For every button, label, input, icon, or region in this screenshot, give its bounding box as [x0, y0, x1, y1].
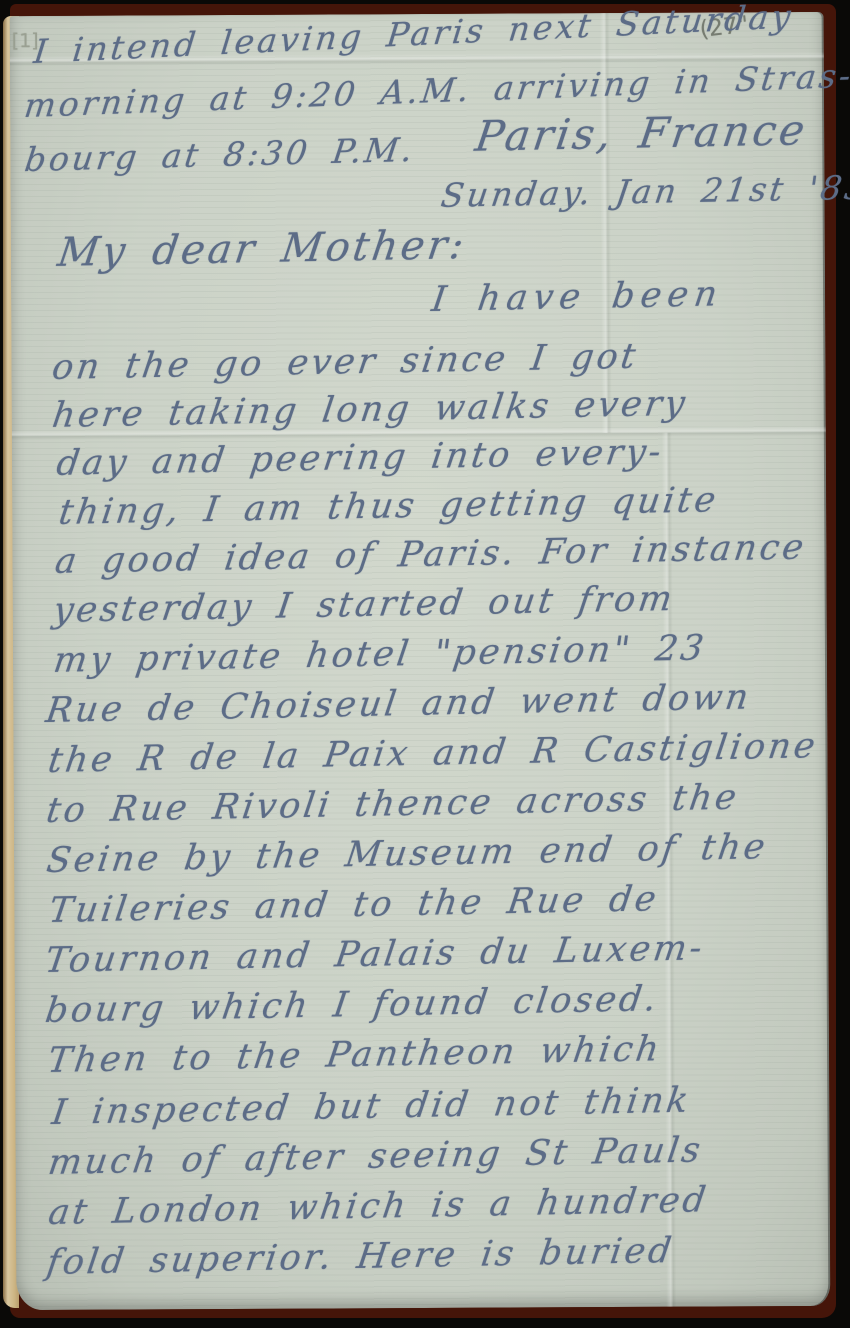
heading-place: Paris, France — [472, 105, 810, 160]
body-line: fold superior. Here is buried — [44, 1231, 676, 1283]
body-line: my private hotel "pension" 23 — [51, 628, 709, 681]
body-line: day and peering into every- — [54, 432, 666, 484]
body-line: thing, I am thus getting quite — [56, 480, 721, 533]
body-line: the R de la Paix and R Castiglione — [46, 726, 821, 781]
marginal-note-line: bourg at 8:30 P.M. — [22, 130, 417, 179]
body-line: yesterday I started out from — [51, 579, 678, 631]
body-line: Tournon and Palais du Luxem- — [43, 928, 708, 981]
body-line: at London which is a hundred — [46, 1180, 711, 1233]
body-line: I inspected but did not think — [49, 1081, 693, 1133]
salutation: My dear Mother: — [55, 222, 470, 276]
body-line: to Rue Rivoli thence across the — [44, 778, 742, 831]
heading-date: Sunday. Jan 21st '83 — [439, 168, 850, 215]
body-line: a good idea of Paris. For instance — [53, 528, 809, 582]
body-line: I have been — [429, 274, 725, 320]
body-line: Seine by the Museum end of the — [44, 827, 770, 881]
body-line: Rue de Choiseul and went down — [43, 677, 753, 731]
body-line: on the go ever since I got — [50, 337, 641, 388]
scanned-letter-photo: [1] (27" I intend leaving Paris next Sat… — [0, 0, 850, 1328]
body-line: much of after seeing St Pauls — [46, 1130, 706, 1183]
body-line: Then to the Pantheon which — [45, 1029, 664, 1081]
body-line: Tuileries and to the Rue de — [46, 879, 661, 931]
body-line: bourg which I found closed. — [43, 979, 662, 1031]
letter-paper: [1] (27" I intend leaving Paris next Sat… — [10, 12, 831, 1310]
